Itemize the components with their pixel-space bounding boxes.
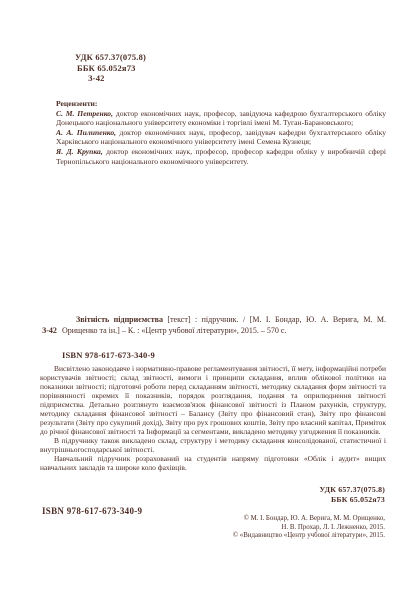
bbk-code: ББК 65.052я73 [320,495,385,505]
top-classification-codes: УДК 657.37(075.8) ББК 65.052я73 З-42 [75,52,146,84]
reviewers-section: Рецензенти: С. М. Петренко, доктор еконо… [56,99,386,166]
reviewer-description: доктор економічних наук, професор, профе… [56,147,386,166]
reviewer-name: С. М. Петренко, [56,109,113,118]
bibliographic-citation: Звітність підприємства [текст] : підручн… [62,315,386,336]
copyright-authors-line1: © М. І. Бондар, Ю. А. Верига, М. М. Орищ… [233,515,385,524]
copyright-authors-line2: Н. В. Прохар, Л. І. Лежненко, 2015. [233,524,385,533]
copyright-section: © М. І. Бондар, Ю. А. Верига, М. М. Орищ… [233,515,385,541]
reviewers-heading: Рецензенти: [56,99,386,109]
book-title: Звітність підприємства [76,315,163,324]
index-code: З-42 [88,73,146,84]
bottom-classification-codes: УДК 657.37(075.8) ББК 65.052я73 [320,485,385,504]
reviewer-name: Я. Д. Крупка, [56,147,103,156]
udk-code: УДК 657.37(075.8) [320,485,385,495]
isbn-number: ISBN 978-617-673-340-9 [42,506,142,516]
reviewer-entry: А. А. Пилипенко, доктор економічних наук… [56,128,386,147]
bibliographic-record: З-42 Звітність підприємства [текст] : пі… [42,315,386,336]
udk-code: УДК 657.37(075.8) [75,52,146,63]
isbn-number: ISBN 978-617-673-340-9 [62,350,155,360]
copyright-publisher: © «Видавництво «Центр учбової літератури… [233,532,385,541]
annotation-paragraph: В підручнику також викладено склад, стру… [40,436,386,454]
annotation-section: Висвітлено законодавче і нормативно-прав… [40,364,386,472]
bibliographic-index-code: З-42 [42,326,57,337]
annotation-paragraph: Висвітлено законодавче і нормативно-прав… [40,364,386,436]
reviewer-entry: Я. Д. Крупка, доктор економічних наук, п… [56,147,386,166]
reviewer-entry: С. М. Петренко, доктор економічних наук,… [56,109,386,128]
reviewer-name: А. А. Пилипенко, [56,128,116,137]
imprint-page: УДК 657.37(075.8) ББК 65.052я73 З-42 Рец… [0,0,416,602]
annotation-paragraph: Навчальний підручник розрахований на сту… [40,454,386,472]
bbk-code: ББК 65.052я73 [77,63,146,74]
